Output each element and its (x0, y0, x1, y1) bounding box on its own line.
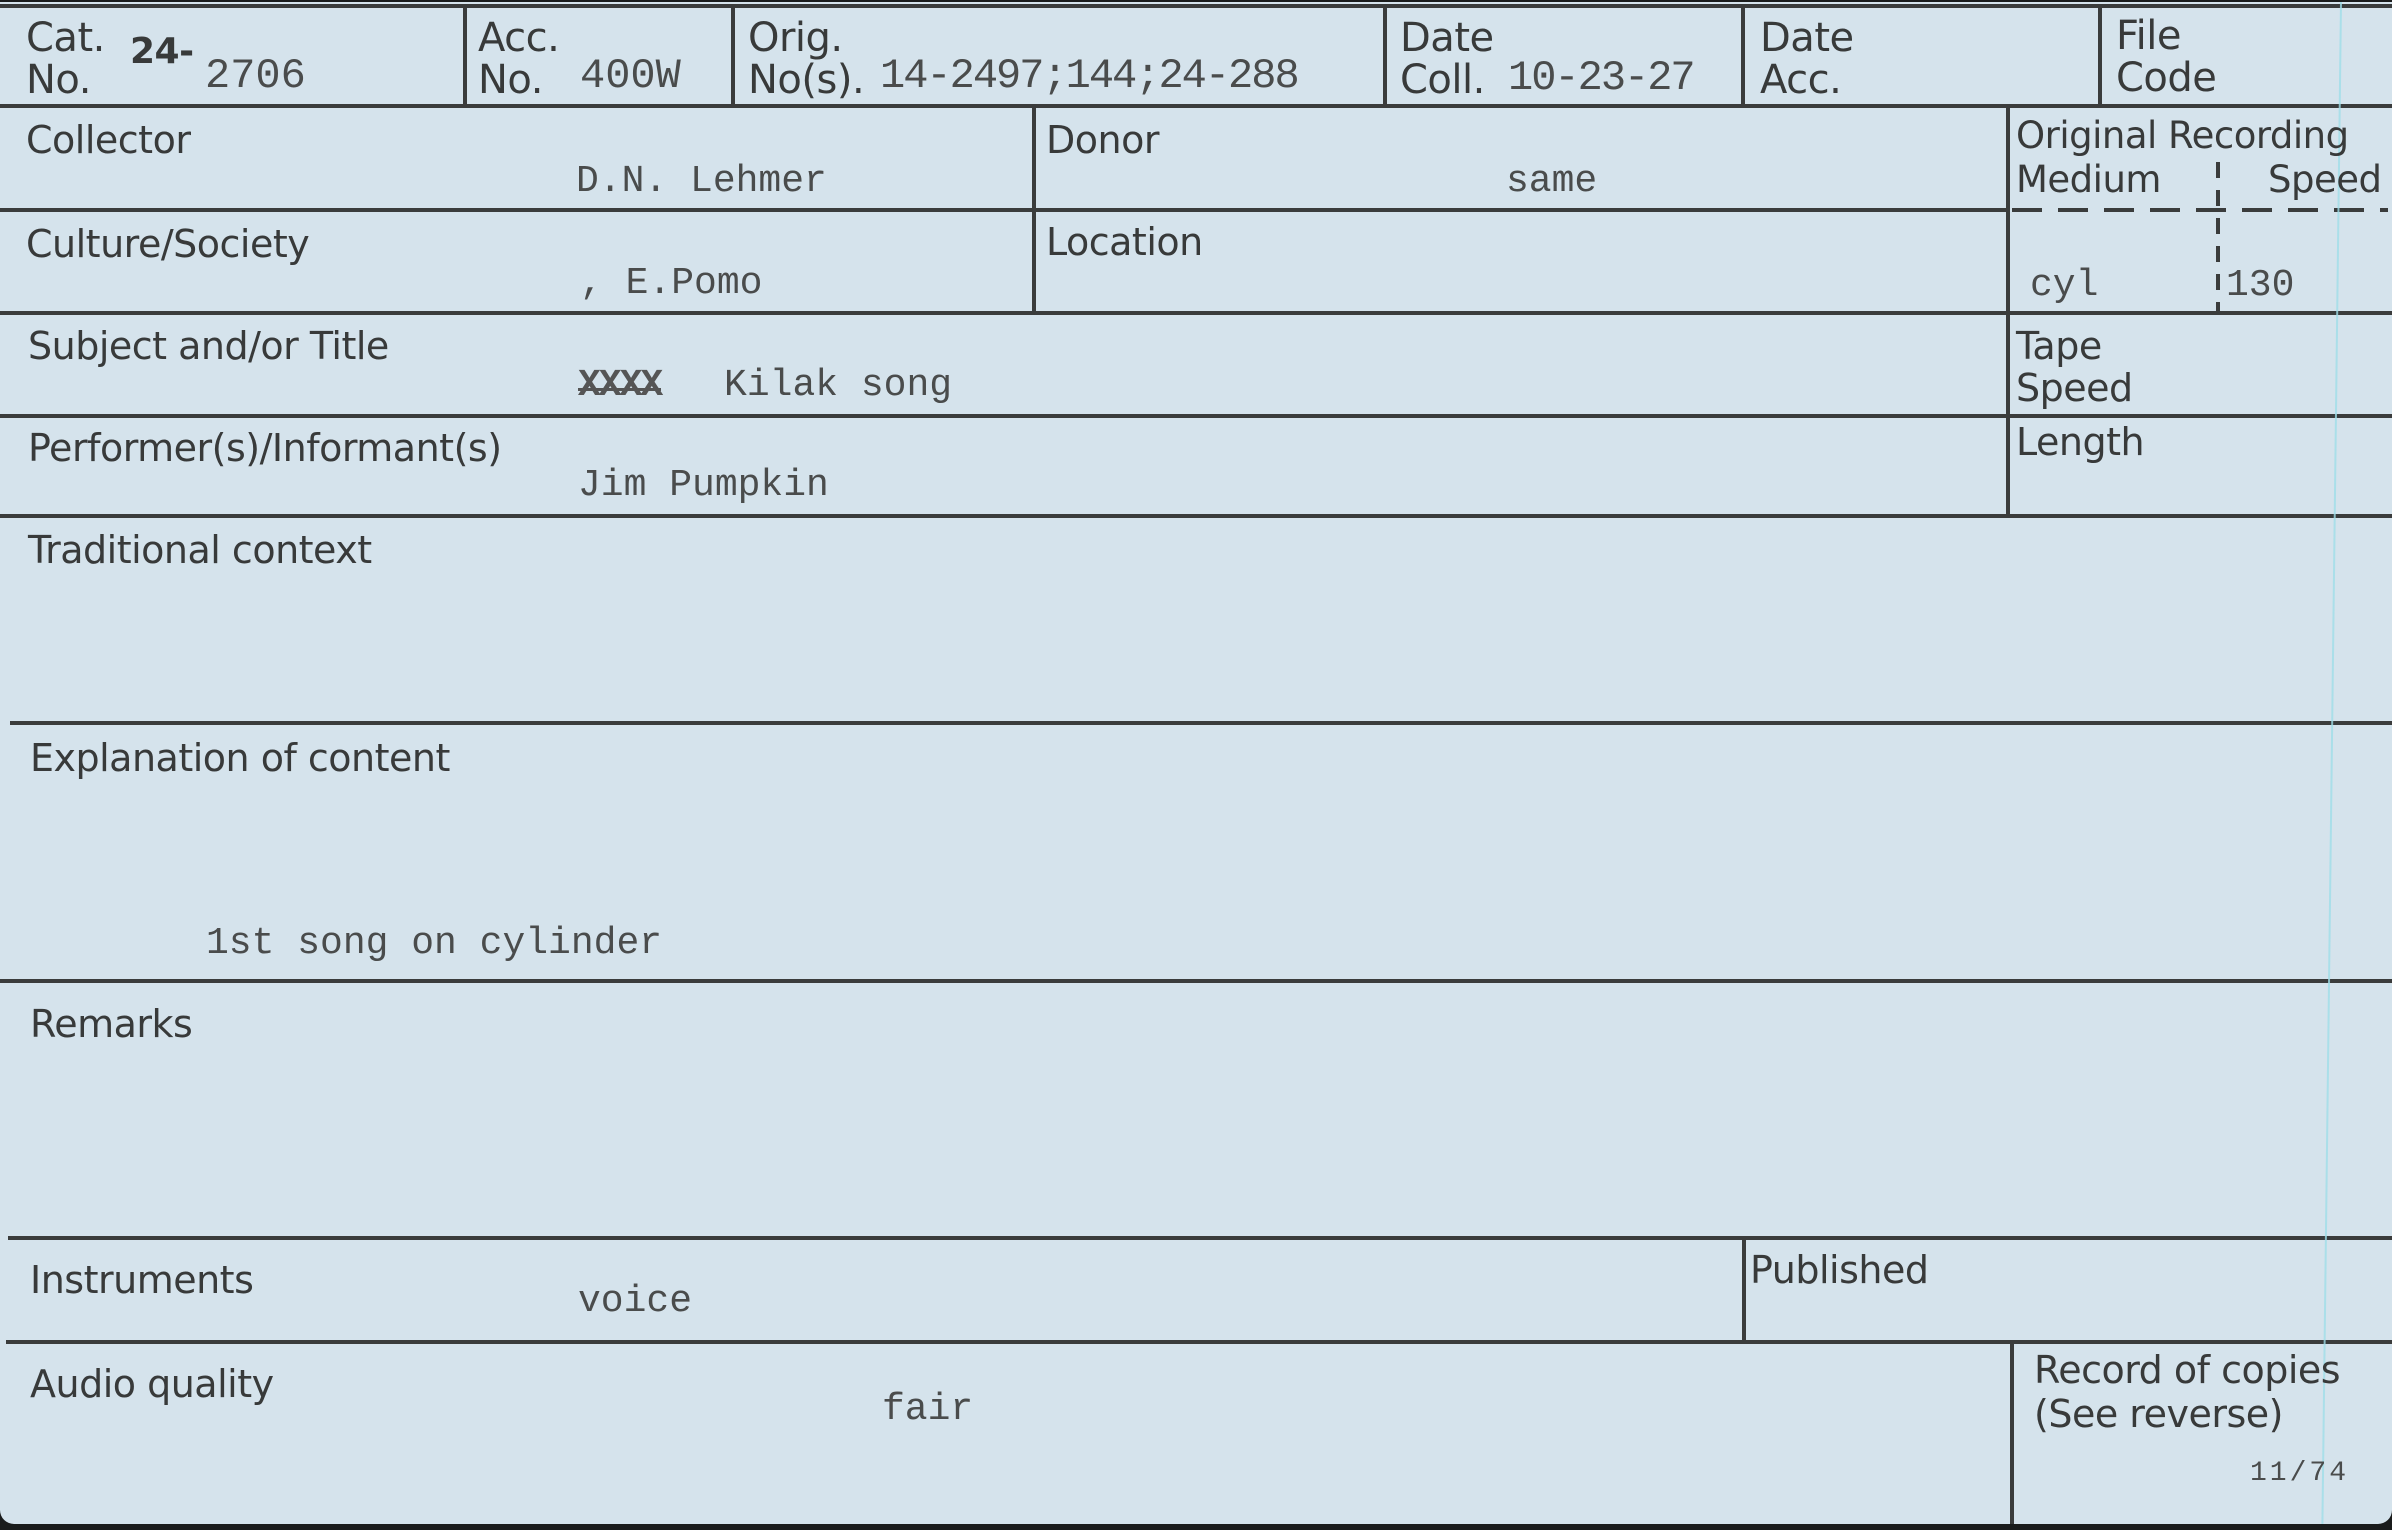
performers-value: Jim Pumpkin (578, 464, 829, 508)
speed-label: Speed (2268, 158, 2382, 202)
explanation-value: 1st song on cylinder (206, 922, 662, 966)
divider-instruments-published (1742, 1236, 1746, 1342)
original-recording-label: Original Recording (2016, 114, 2349, 158)
divider-cat-acc (463, 4, 467, 106)
struck-out-text: XXXX (578, 364, 661, 408)
orig-nos-label-2: No(s). (748, 58, 864, 102)
collector-label: Collector (26, 118, 190, 162)
date-acc-label-2: Acc. (1760, 58, 1841, 102)
rule-context-bottom (10, 721, 2392, 725)
rule-instruments-bottom (6, 1340, 2392, 1344)
instruments-value: voice (578, 1280, 692, 1324)
subject-title-label: Subject and/or Title (28, 324, 389, 368)
date-coll-value: 10-23-27 (1508, 56, 1694, 100)
cat-no-prefix: 24- (130, 30, 194, 74)
divider-acc-orig (731, 4, 735, 106)
cat-no-label-1: Cat. (26, 16, 105, 60)
culture-society-value: , E.Pomo (580, 262, 762, 306)
audio-quality-label: Audio quality (30, 1362, 274, 1406)
published-label: Published (1750, 1248, 1928, 1292)
collector-value: D.N. Lehmer (576, 160, 827, 204)
instruments-label: Instruments (30, 1258, 253, 1302)
audio-quality-value: fair (882, 1388, 973, 1432)
acc-no-label-2: No. (478, 58, 543, 102)
date-acc-label-1: Date (1760, 16, 1854, 60)
rule-subject-bottom (0, 414, 2392, 418)
acc-no-value: 400W (580, 54, 681, 98)
date-coll-label-1: Date (1400, 16, 1494, 60)
rule-remarks-bottom (8, 1236, 2392, 1240)
divider-orig-date (1383, 4, 1387, 106)
rule-top (0, 4, 2392, 8)
subject-title-value: Kilak song (724, 364, 952, 407)
location-label: Location (1046, 220, 1203, 264)
catalog-card: Cat. No. 24- 2706 Acc. No. 400W Orig. No… (0, 2, 2392, 1524)
date-coll-label-2: Coll. (1400, 58, 1485, 102)
culture-society-label: Culture/Society (26, 222, 309, 266)
faint-guide-line (2321, 2, 2342, 1524)
traditional-context-label: Traditional context (28, 528, 372, 572)
donor-label: Donor (1046, 118, 1159, 162)
tape-speed-label-1: Tape (2016, 324, 2102, 368)
rule-culture-bottom (0, 311, 2392, 315)
divider-audio-copies (2010, 1340, 2014, 1524)
remarks-label: Remarks (30, 1002, 192, 1046)
recording-speed-value: 130 (2226, 264, 2294, 308)
cat-no-label-2: No. (26, 58, 91, 102)
explanation-label: Explanation of content (30, 736, 450, 780)
performers-label: Performer(s)/Informant(s) (28, 426, 502, 470)
divider-medium-speed (2216, 162, 2220, 312)
rule-recording-dashed (2012, 208, 2388, 212)
orig-nos-label-1: Orig. (748, 16, 843, 60)
divider-collector-donor (1032, 104, 1036, 313)
medium-label: Medium (2016, 158, 2161, 202)
divider-dateacc-file (2098, 4, 2102, 106)
file-code-label-1: File (2116, 14, 2181, 58)
record-of-copies-label-1: Record of copies (2034, 1348, 2340, 1392)
rule-performer-bottom (0, 514, 2392, 518)
divider-right-column (2006, 104, 2010, 516)
file-code-label-2: Code (2116, 56, 2216, 100)
length-label: Length (2016, 420, 2144, 464)
orig-nos-value: 14-2497;144;24-288 (880, 54, 1298, 98)
rule-collector-bottom (0, 208, 2008, 212)
donor-value: same (1506, 160, 1597, 204)
rule-explanation-bottom (0, 979, 2392, 983)
acc-no-label-1: Acc. (478, 16, 559, 60)
form-code: 11/74 (2250, 1452, 2349, 1496)
tape-speed-label-2: Speed (2016, 366, 2133, 410)
subject-title-value-row: XXXX Kilak song (578, 364, 952, 408)
divider-date-dateacc (1741, 4, 1745, 106)
record-of-copies-label-2: (See reverse) (2034, 1392, 2283, 1436)
rule-header-bottom (0, 104, 2392, 108)
recording-medium-value: cyl (2030, 264, 2098, 308)
cat-no-value: 2706 (205, 54, 306, 98)
